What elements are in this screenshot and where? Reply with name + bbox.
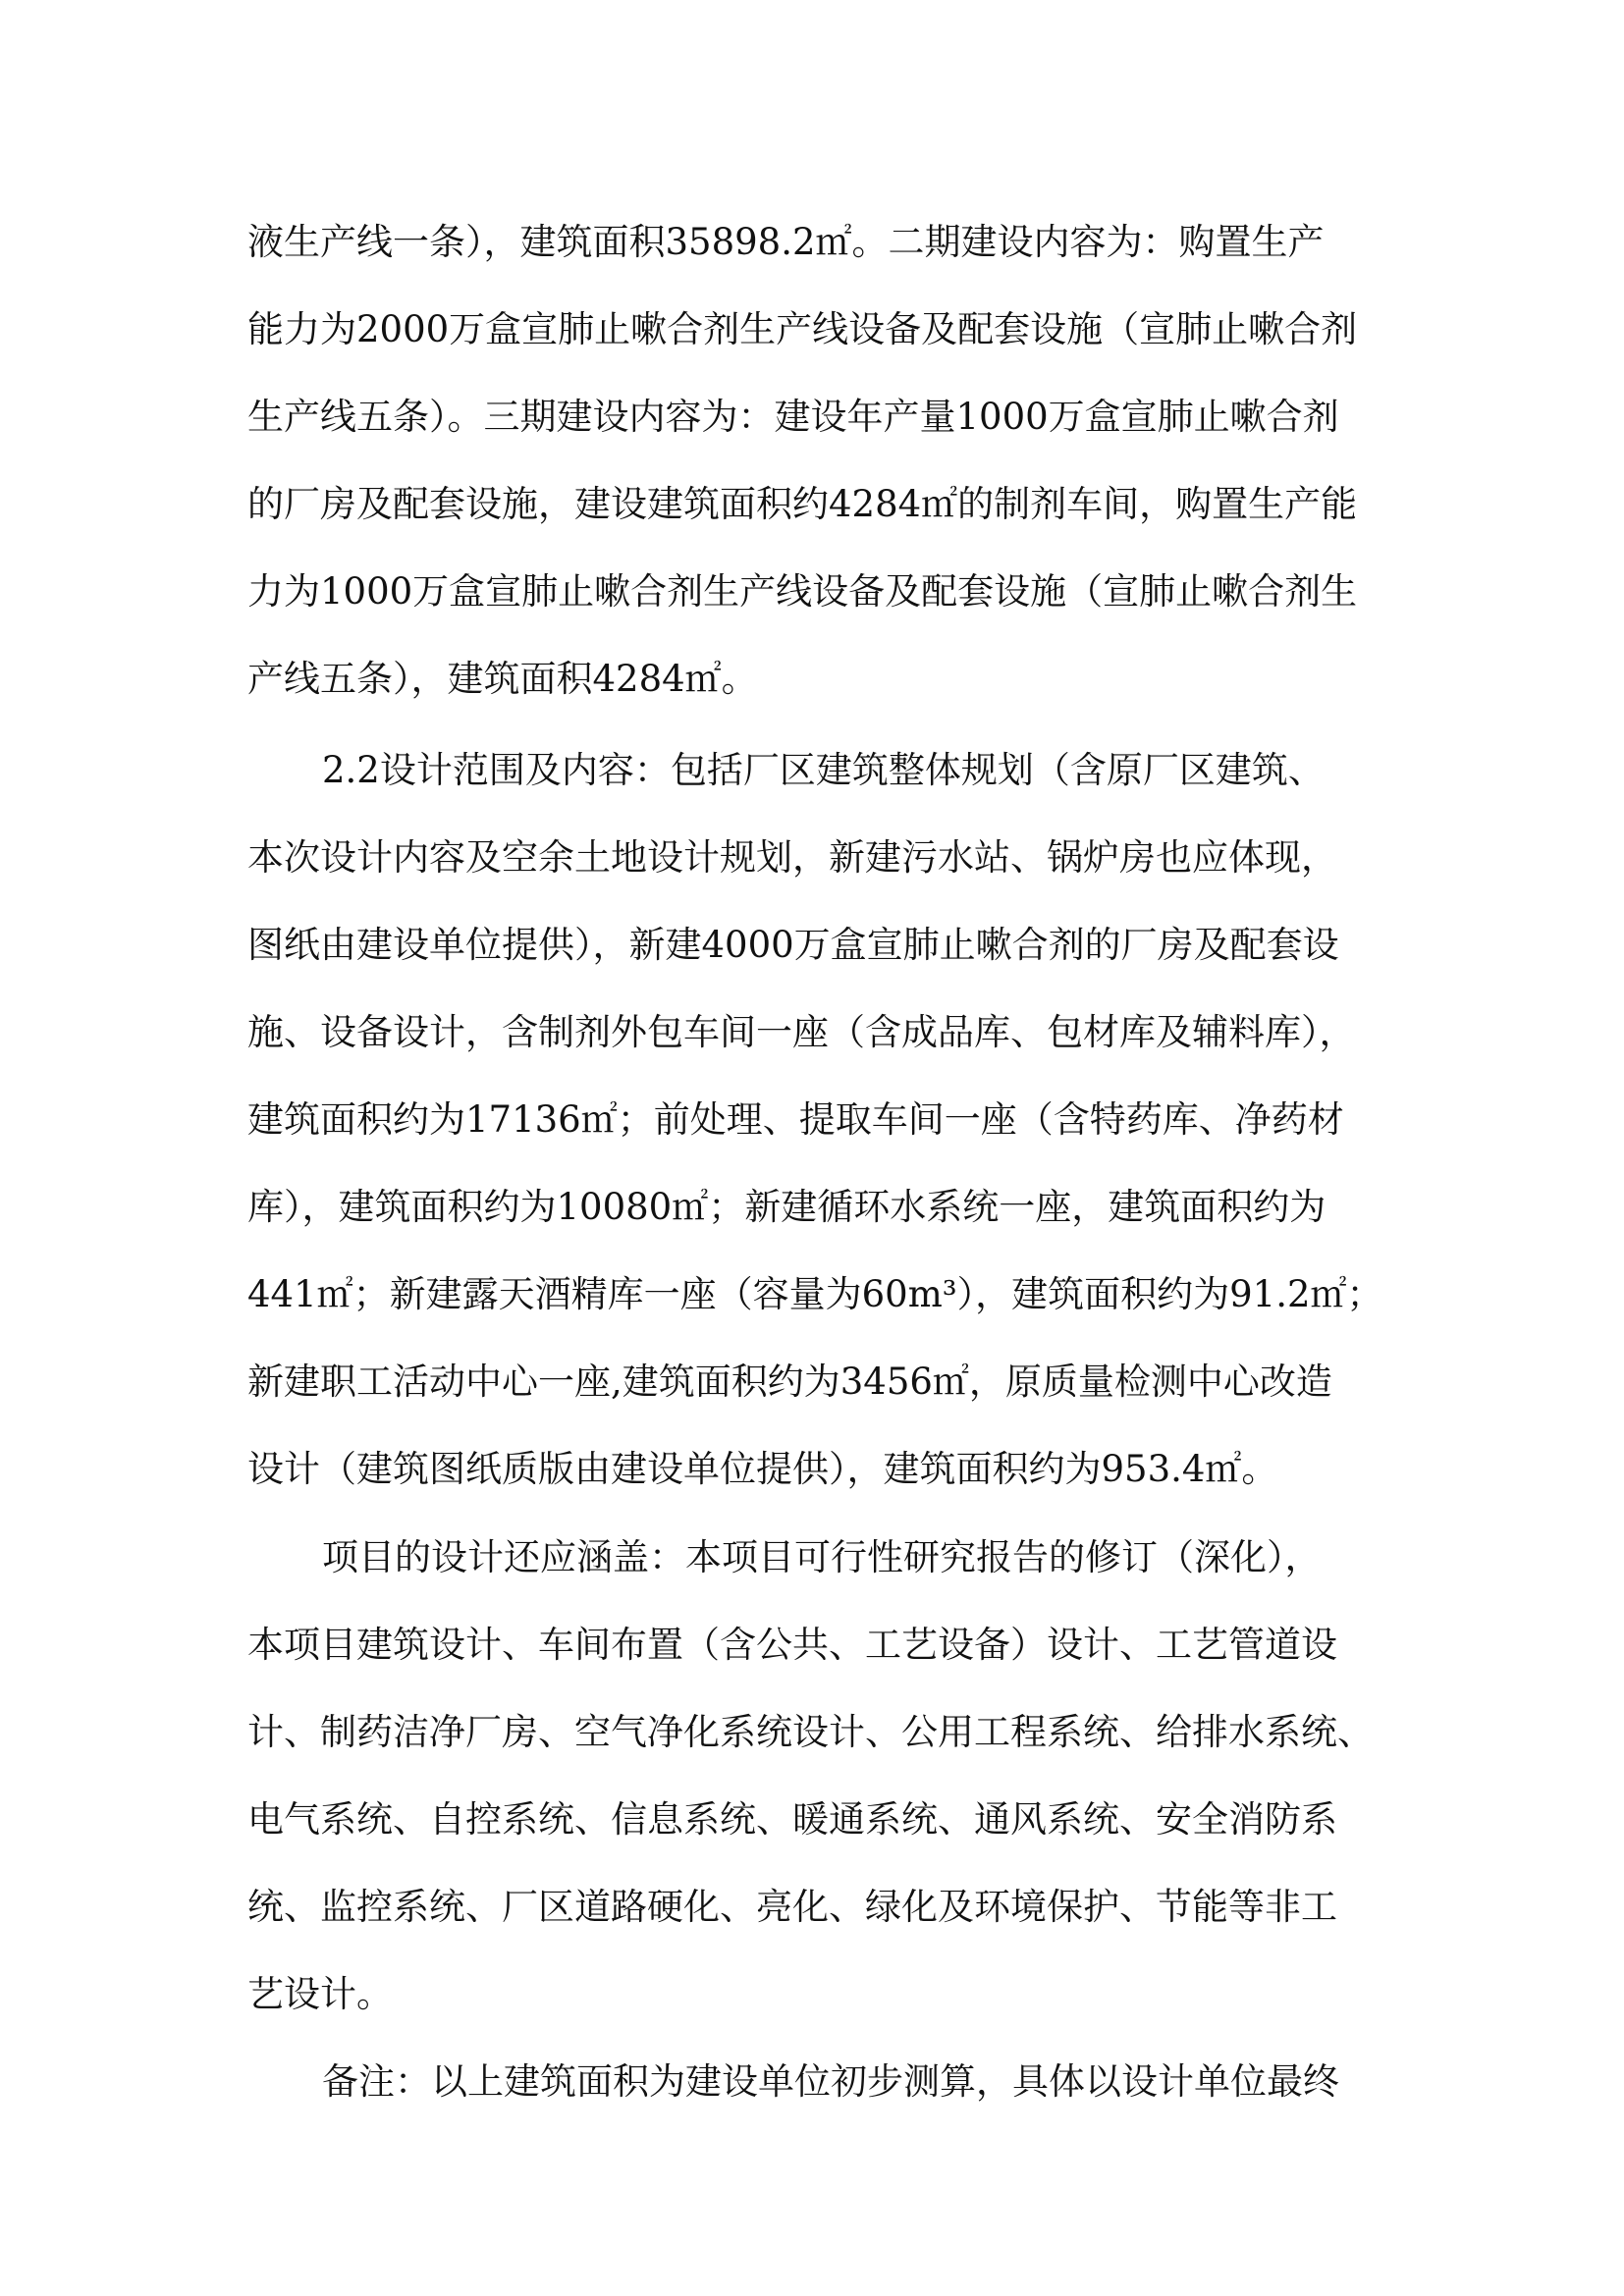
text-line: 建筑面积约为17136㎡；前处理、提取车间一座（含特药库、净药材 <box>247 1095 1344 1145</box>
text-line: 本次设计内容及空余土地设计规划，新建污水站、锅炉房也应体现， <box>247 833 1337 882</box>
text-line: 的厂房及配套设施，建设建筑面积约4284㎡的制剂车间，购置生产能 <box>247 480 1357 529</box>
text-line: 统、监控系统、厂区道路硬化、亮化、绿化及环境保护、节能等非工 <box>247 1883 1337 1932</box>
paragraph-first-line: 项目的设计还应涵盖：本项目可行性研究报告的修订（深化）， <box>247 1533 1322 1582</box>
text-line: 力为1000万盒宣肺止嗽合剂生产线设备及配套设施（宣肺止嗽合剂生 <box>247 567 1357 616</box>
text-line: 新建职工活动中心一座,建筑面积约为3456㎡，原质量检测中心改造 <box>247 1358 1332 1407</box>
text-line: 生产线五条）。三期建设内容为：建设年产量1000万盒宣肺止嗽合剂 <box>247 393 1339 442</box>
text-line: 艺设计。 <box>247 1970 393 2019</box>
text-line: 液生产线一条），建筑面积35898.2㎡。二期建设内容为：购置生产 <box>247 218 1325 267</box>
text-line: 电气系统、自控系统、信息系统、暖通系统、通风系统、安全消防系 <box>247 1795 1337 1844</box>
section-heading-line: 2.2设计范围及内容：包括厂区建筑整体规划（含原厂区建筑、 <box>247 746 1325 795</box>
text-line: 441㎡；新建露天酒精库一座（容量为60m³），建筑面积约为91.2㎡； <box>247 1270 1383 1319</box>
text-line: 设计（建筑图纸质版由建设单位提供），建筑面积约为953.4㎡。 <box>247 1445 1277 1494</box>
text-line: 库），建筑面积约为10080㎡；新建循环水系统一座，建筑面积约为 <box>247 1183 1326 1232</box>
text-line: 施、设备设计，含制剂外包车间一座（含成品库、包材库及辅料库）， <box>247 1008 1356 1057</box>
text-line: 能力为2000万盒宣肺止嗽合剂生产线设备及配套设施（宣肺止嗽合剂 <box>247 305 1357 354</box>
text-line: 本项目建筑设计、车间布置（含公共、工艺设备）设计、工艺管道设 <box>247 1621 1337 1670</box>
note-first-line: 备注：以上建筑面积为建设单位初步测算，具体以设计单位最终 <box>247 2057 1339 2107</box>
text-line: 计、制药洁净厂房、空气净化系统设计、公用工程系统、给排水系统、 <box>247 1708 1374 1757</box>
text-line: 图纸由建设单位提供），新建4000万盒宣肺止嗽合剂的厂房及配套设 <box>247 921 1339 970</box>
text-line: 产线五条），建筑面积4284㎡。 <box>247 655 758 704</box>
